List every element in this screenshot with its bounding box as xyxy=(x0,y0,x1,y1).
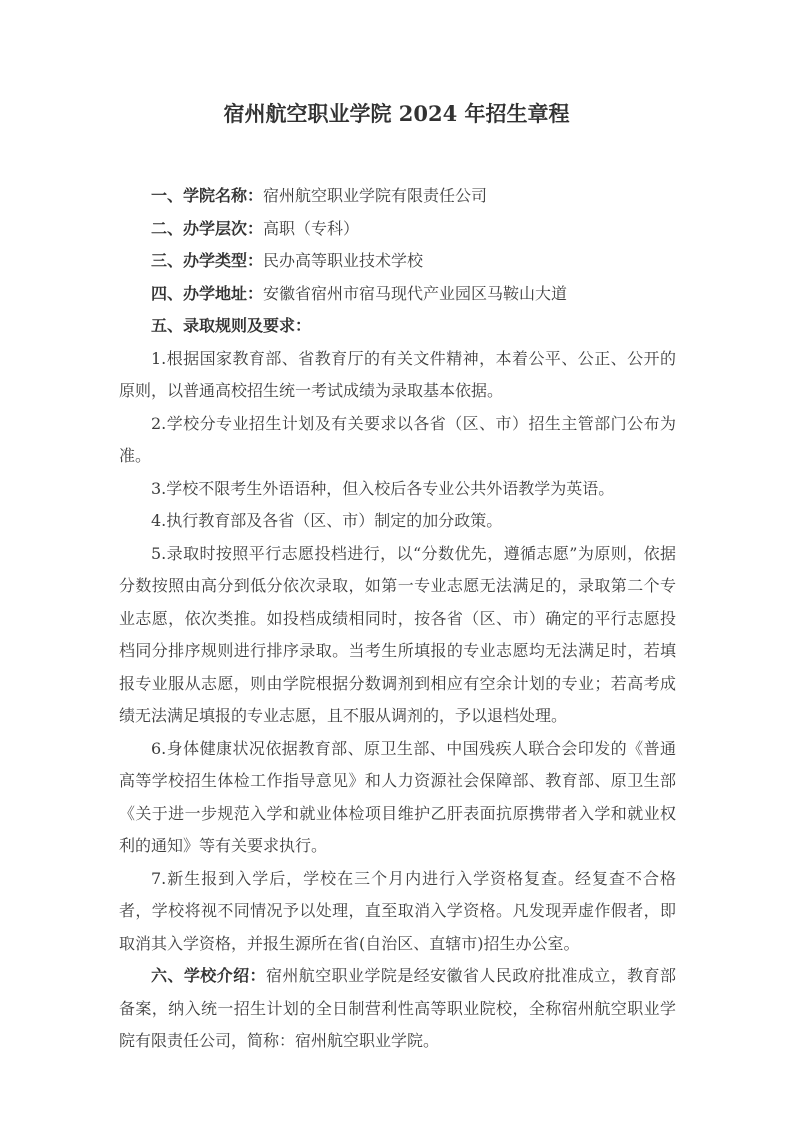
school-intro-label: 六、学校介绍： xyxy=(151,966,266,985)
info-item-school-type: 三、办学类型：民办高等职业技术学校 xyxy=(119,245,676,278)
rule-paragraph-7: 7.新生报到入学后，学校在三个月内进行入学资格复查。经复查不合格者，学校将视不同… xyxy=(119,863,676,961)
rule-paragraph-6: 6.身体健康状况依据教育部、原卫生部、中国残疾人联合会印发的《普通高等学校招生体… xyxy=(119,733,676,863)
document-title: 宿州航空职业学院 2024 年招生章程 xyxy=(0,0,793,132)
rule-paragraph-1: 1.根据国家教育部、省教育厅的有关文件精神，本着公平、公正、公开的原则，以普通高… xyxy=(119,343,676,408)
info-item-label: 一、学院名称： xyxy=(151,186,263,205)
info-item-school-name: 一、学院名称：宿州航空职业学院有限责任公司 xyxy=(119,180,676,213)
info-item-label: 二、办学层次： xyxy=(151,219,263,238)
info-item-value: 安徽省宿州市宿马现代产业园区马鞍山大道 xyxy=(263,284,567,303)
rule-paragraph-5: 5.录取时按照平行志愿投档进行，以“分数优先，遵循志愿”为原则，依据分数按照由高… xyxy=(119,538,676,733)
rule-paragraph-3: 3.学校不限考生外语语种，但入校后各专业公共外语教学为英语。 xyxy=(119,473,676,506)
info-item-admission-rules-heading: 五、录取规则及要求： xyxy=(119,310,676,343)
info-item-school-address: 四、办学地址：安徽省宿州市宿马现代产业园区马鞍山大道 xyxy=(119,278,676,311)
rule-paragraph-2: 2.学校分专业招生计划及有关要求以各省（区、市）招生主管部门公布为准。 xyxy=(119,408,676,473)
info-item-label: 三、办学类型： xyxy=(151,251,263,270)
info-item-value: 宿州航空职业学院有限责任公司 xyxy=(263,186,487,205)
info-item-value: 民办高等职业技术学校 xyxy=(263,251,423,270)
info-item-label: 四、办学地址： xyxy=(151,284,263,303)
document-body: 一、学院名称：宿州航空职业学院有限责任公司 二、办学层次：高职（专科） 三、办学… xyxy=(0,180,793,1058)
info-item-value: 高职（专科） xyxy=(263,219,359,238)
info-item-education-level: 二、办学层次：高职（专科） xyxy=(119,213,676,246)
document-page: 宿州航空职业学院 2024 年招生章程 一、学院名称：宿州航空职业学院有限责任公… xyxy=(0,0,793,1122)
rule-paragraph-4: 4.执行教育部及各省（区、市）制定的加分政策。 xyxy=(119,505,676,538)
school-intro-paragraph: 六、学校介绍：宿州航空职业学院是经安徽省人民政府批准成立，教育部备案，纳入统一招… xyxy=(119,960,676,1058)
info-item-label: 五、录取规则及要求： xyxy=(151,316,311,335)
